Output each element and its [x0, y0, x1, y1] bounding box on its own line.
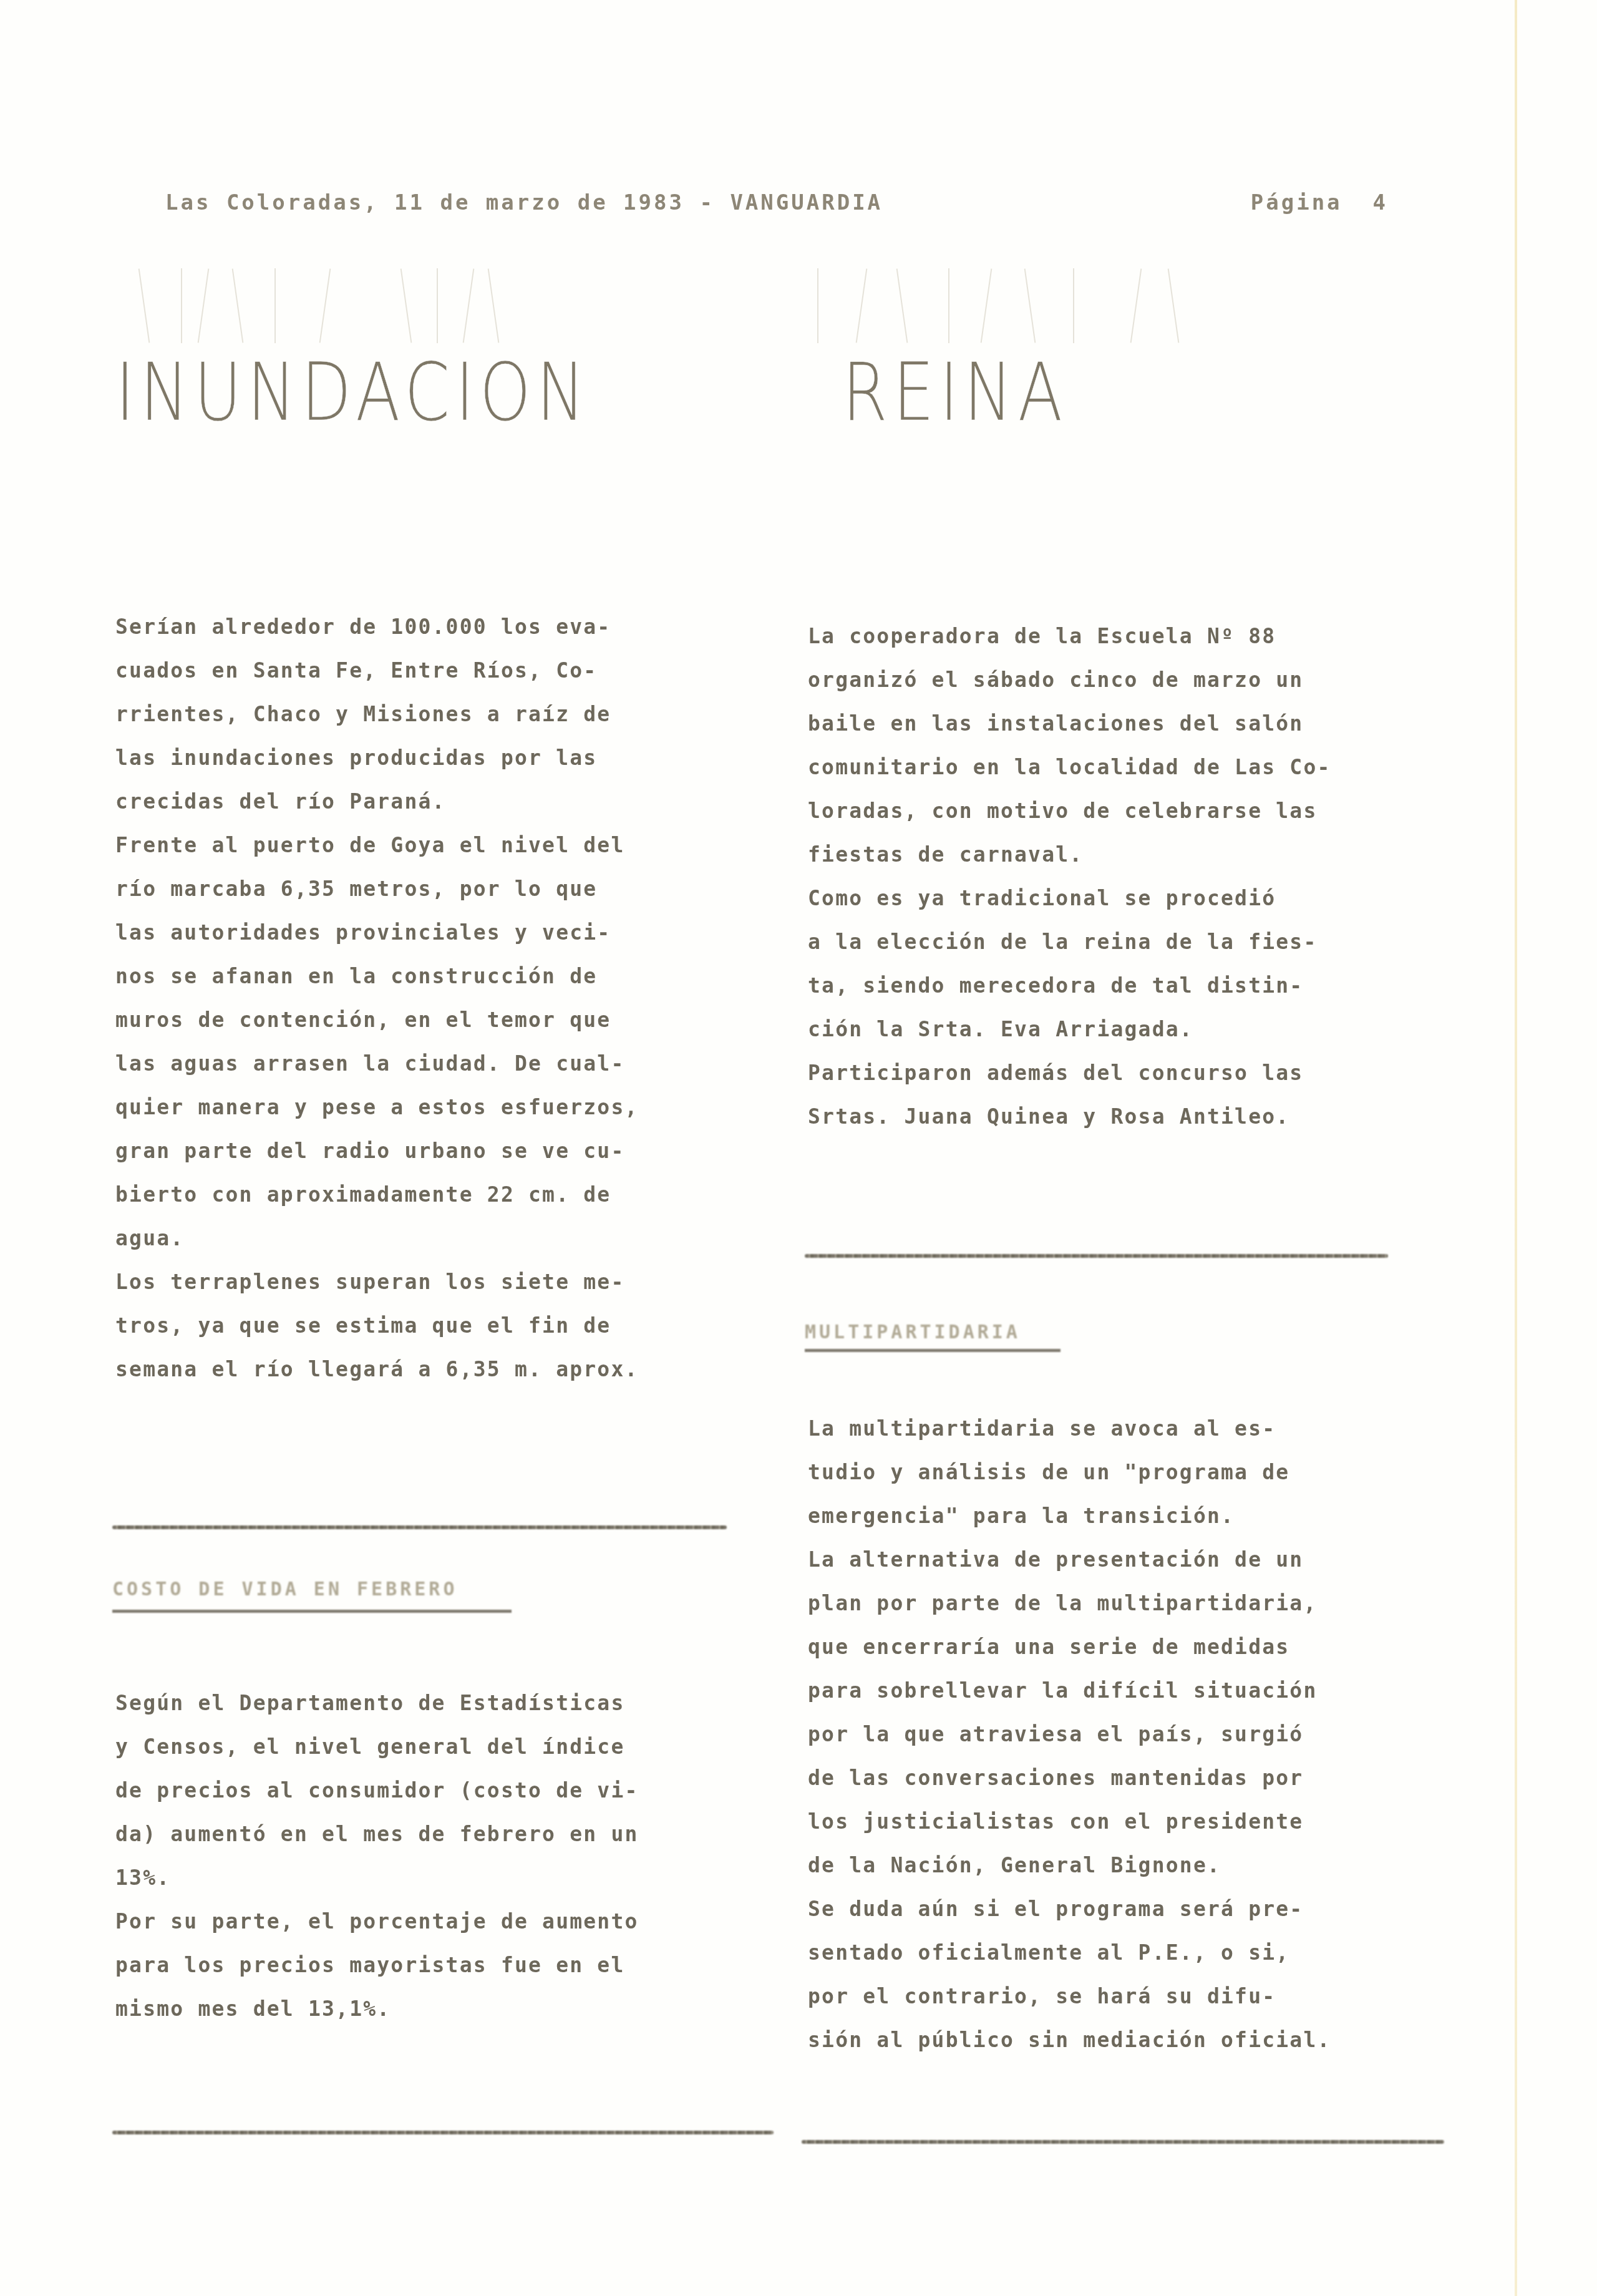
heading-underline	[805, 1349, 1061, 1352]
divider	[805, 1254, 1388, 1258]
page-edge	[1515, 0, 1517, 2296]
ghost-stroke	[437, 268, 438, 343]
ghost-stroke	[948, 268, 949, 343]
text-line: da) aumentó en el mes de febrero en un	[115, 1812, 770, 1856]
divider	[112, 2131, 774, 2134]
ghost-stroke	[138, 268, 150, 343]
article-flood: Serían alrededor de 100.000 los eva-cuad…	[115, 605, 739, 1391]
ghost-stroke	[817, 268, 818, 343]
text-line: rrientes, Chaco y Misiones a raíz de	[115, 693, 739, 736]
text-line: de las conversaciones mantenidas por	[808, 1756, 1463, 1800]
ghost-stroke	[896, 268, 908, 343]
text-line: por la que atraviesa el país, surgió	[808, 1713, 1463, 1756]
ghost-stroke	[400, 268, 412, 343]
article-carnival-queen: La cooperadora de la Escuela Nº 88organi…	[808, 615, 1450, 1139]
text-line: fiestas de carnaval.	[808, 833, 1450, 877]
text-line: agua.	[115, 1217, 739, 1260]
article-cost-of-living: Según el Departamento de Estadísticasy C…	[115, 1681, 770, 2031]
text-line: Serían alrededor de 100.000 los eva-	[115, 605, 739, 649]
ghost-stroke	[1024, 268, 1036, 343]
ghost-stroke	[981, 268, 993, 343]
text-line: plan por parte de la multipartidaria,	[808, 1582, 1463, 1625]
text-line: las aguas arrasen la ciudad. De cual-	[115, 1042, 739, 1086]
ghost-stroke	[181, 268, 182, 343]
text-line: que encerraría una serie de medidas	[808, 1625, 1463, 1669]
text-line: de la Nación, General Bignone.	[808, 1844, 1463, 1887]
page-number: Página 4	[1251, 190, 1388, 215]
text-line: las autoridades provinciales y veci-	[115, 911, 739, 955]
text-line: río marcaba 6,35 metros, por lo que	[115, 867, 739, 911]
headline-reina: REINA	[842, 346, 1068, 434]
heading-underline	[112, 1610, 512, 1613]
section-heading-multipartidaria: MULTIPARTIDARIA	[805, 1321, 1021, 1343]
text-line: quier manera y pese a estos esfuerzos,	[115, 1086, 739, 1129]
text-line: Los terraplenes superan los siete me-	[115, 1260, 739, 1304]
ghost-stroke	[1168, 268, 1180, 343]
text-line: La multipartidaria se avoca al es-	[808, 1407, 1463, 1451]
text-line: Como es ya tradicional se procedió	[808, 877, 1450, 920]
text-line: muros de contención, en el temor que	[115, 998, 739, 1042]
text-line: baile en las instalaciones del salón	[808, 702, 1450, 746]
text-line: loradas, con motivo de celebrarse las	[808, 789, 1450, 833]
text-line: bierto con aproximadamente 22 cm. de	[115, 1173, 739, 1217]
text-line: tudio y análisis de un "programa de	[808, 1451, 1463, 1494]
section-heading-cost-of-living: COSTO DE VIDA EN FEBRERO	[112, 1578, 457, 1600]
ghost-stroke	[463, 268, 475, 343]
text-line: sión al público sin mediación oficial.	[808, 2018, 1463, 2062]
text-line: ta, siendo merecedora de tal distin-	[808, 964, 1450, 1008]
text-line: de precios al consumidor (costo de vi-	[115, 1769, 770, 1812]
text-line: Participaron además del concurso las	[808, 1051, 1450, 1095]
text-line: los justicialistas con el presidente	[808, 1800, 1463, 1844]
text-line: a la elección de la reina de la fies-	[808, 920, 1450, 964]
ghost-stroke	[198, 268, 210, 343]
dateline: Las Coloradas, 11 de marzo de 1983 - VAN…	[165, 190, 883, 215]
text-line: gran parte del radio urbano se ve cu-	[115, 1129, 739, 1173]
text-line: cuados en Santa Fe, Entre Ríos, Co-	[115, 649, 739, 693]
ghost-stroke	[488, 268, 500, 343]
page-header: Las Coloradas, 11 de marzo de 1983 - VAN…	[165, 190, 1388, 228]
headline-inundacion: INUNDACION	[115, 346, 590, 434]
text-line: crecidas del río Paraná.	[115, 780, 739, 824]
ghost-stroke	[1073, 268, 1074, 343]
text-line: La cooperadora de la Escuela Nº 88	[808, 615, 1450, 658]
text-line: para los precios mayoristas fue en el	[115, 1943, 770, 1987]
text-line: y Censos, el nivel general del índice	[115, 1725, 770, 1769]
ghost-stroke	[1130, 268, 1142, 343]
ghost-stroke	[274, 268, 276, 343]
text-line: semana el río llegará a 6,35 m. aprox.	[115, 1348, 739, 1391]
text-line: emergencia" para la transición.	[808, 1494, 1463, 1538]
text-line: Se duda aún si el programa será pre-	[808, 1887, 1463, 1931]
text-line: las inundaciones producidas por las	[115, 736, 739, 780]
ghost-stroke	[232, 268, 244, 343]
ghost-stroke	[319, 268, 331, 343]
ghost-stroke	[856, 268, 868, 343]
text-line: organizó el sábado cinco de marzo un	[808, 658, 1450, 702]
divider	[112, 1525, 727, 1529]
text-line: ción la Srta. Eva Arriagada.	[808, 1008, 1450, 1051]
text-line: Por su parte, el porcentaje de aumento	[115, 1900, 770, 1943]
article-multipartidaria: La multipartidaria se avoca al es-tudio …	[808, 1407, 1463, 2062]
text-line: mismo mes del 13,1%.	[115, 1987, 770, 2031]
text-line: por el contrario, se hará su difu-	[808, 1975, 1463, 2018]
text-line: tros, ya que se estima que el fin de	[115, 1304, 739, 1348]
text-line: para sobrellevar la difícil situación	[808, 1669, 1463, 1713]
divider	[802, 2140, 1444, 2144]
text-line: Según el Departamento de Estadísticas	[115, 1681, 770, 1725]
text-line: comunitario en la localidad de Las Co-	[808, 746, 1450, 789]
text-line: Frente al puerto de Goya el nivel del	[115, 824, 739, 867]
text-line: nos se afanan en la construcción de	[115, 955, 739, 998]
text-line: 13%.	[115, 1856, 770, 1900]
text-line: sentado oficialmente al P.E., o si,	[808, 1931, 1463, 1975]
text-line: La alternativa de presentación de un	[808, 1538, 1463, 1582]
text-line: Srtas. Juana Quinea y Rosa Antileo.	[808, 1095, 1450, 1139]
faded-headline-ghost	[143, 268, 1379, 349]
